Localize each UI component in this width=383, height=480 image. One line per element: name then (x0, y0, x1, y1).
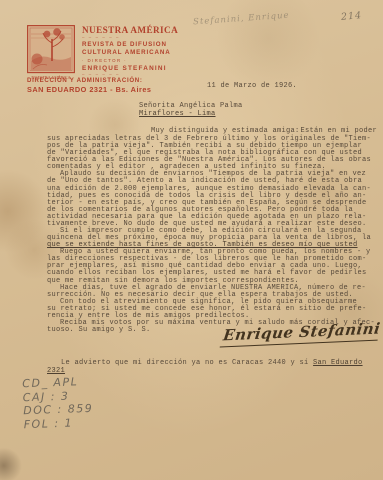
director-label: · DIRECTOR · (82, 58, 198, 63)
archive-annotation-line: DOC : 859 (23, 402, 93, 418)
recipient-block: Señorita Angélica Palma Miraflores - Lim… (139, 103, 243, 118)
postscript: Le advierto que mi dirección ya no es Ca… (47, 360, 363, 375)
postscript-text: Le advierto que mi dirección ya no es Ca… (61, 359, 313, 367)
recipient-location: Miraflores - Lima (139, 111, 243, 119)
letter-page: Stefanini, Enrique 214 NUESTRA AMÉRICA N… (0, 0, 383, 480)
postscript-street-number: 2321 (47, 368, 65, 376)
salutation-tail: Están en mi poder (300, 127, 377, 135)
letterhead-address: SAN EDUARDO 2321 - Bs. Aires (27, 85, 151, 94)
magazine-subtitle-line1: REVISTA DE DIFUSION (82, 41, 198, 49)
magazine-subtitle-line2: CULTURAL AMERICANA (82, 49, 198, 57)
woodcut-tree-landscape-icon: NUESTRA AMÉRICA (27, 25, 75, 81)
salutation: Muy distinguida y estimada amiga: (151, 127, 300, 135)
letterhead-text: NUESTRA AMÉRICA — — — — — — REVISTA DE D… (82, 25, 198, 78)
page-number-pencil: 214 (341, 10, 363, 23)
magazine-title: NUESTRA AMÉRICA (82, 25, 198, 35)
archive-annotations: CD_ APLCAJ : 3DOC : 859FOL : 1 (22, 375, 94, 431)
letter-date: 11 de Marzo de 1926. (207, 82, 297, 90)
letterhead-divider: — — — — — — (82, 36, 198, 40)
director-name: ENRIQUE STEFANINI (82, 65, 198, 73)
postscript-line1: Le advierto que mi dirección ya no es Ca… (47, 360, 363, 368)
salutation-line: Muy distinguida y estimada amiga: Están … (47, 127, 377, 135)
administration-label: DIRECCIÓN Y ADMINISTRACIÓN: (27, 77, 143, 84)
archive-annotation-line: FOL : 1 (23, 415, 93, 431)
archivist-pencil-note: Stefanini, Enrique (193, 11, 290, 28)
postscript-new-address: San Eduardo (313, 359, 363, 367)
letter-body: sus apreciadas letras del 3 de Febrero ú… (47, 136, 380, 334)
